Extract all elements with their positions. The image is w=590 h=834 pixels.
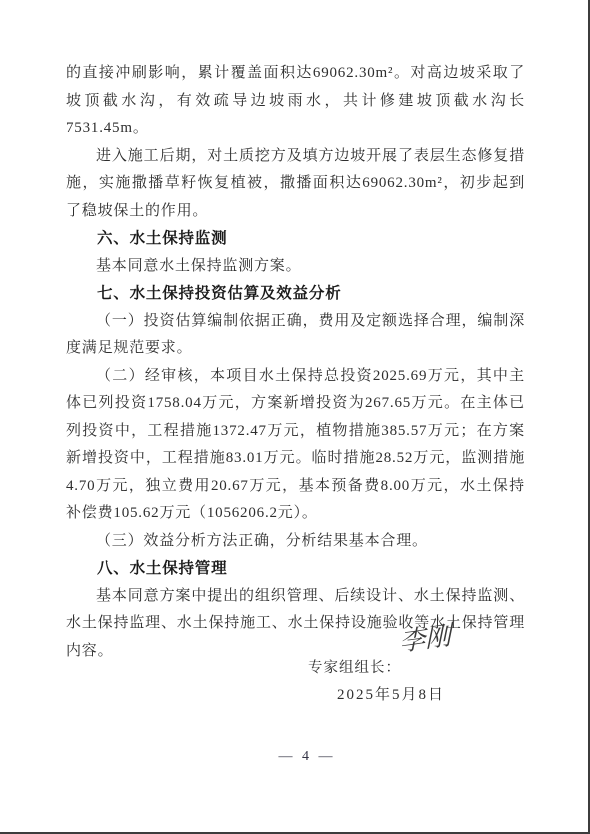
document-body: 的直接冲刷影响，累计覆盖面积达69062.30m²。对高边坡采取了坡顶截水沟，有… xyxy=(66,60,525,665)
paragraph-investment-1: （一）投资估算编制依据正确，费用及定额选择合理，编制深度满足规范要求。 xyxy=(66,308,525,363)
paragraph-continuation: 的直接冲刷影响，累计覆盖面积达69062.30m²。对高边坡采取了坡顶截水沟，有… xyxy=(66,60,525,143)
page-number: — 4 — xyxy=(13,749,590,765)
document-page: 的直接冲刷影响，累计覆盖面积达69062.30m²。对高边坡采取了坡顶截水沟，有… xyxy=(0,0,590,834)
section-heading-7-investment: 七、水土保持投资估算及效益分析 xyxy=(66,280,525,308)
section-heading-6-monitoring: 六、水土保持监测 xyxy=(66,225,525,253)
section-heading-8-management: 八、水土保持管理 xyxy=(66,555,525,583)
paragraph-investment-2: （二）经审核，本项目水土保持总投资2025.69万元，其中主体已列投资1758.… xyxy=(66,363,525,528)
paragraph-management: 基本同意方案中提出的组织管理、后续设计、水土保持监测、水土保持监理、水土保持施工… xyxy=(66,583,525,666)
paragraph-monitoring: 基本同意水土保持监测方案。 xyxy=(66,253,525,281)
paragraph-investment-3: （三）效益分析方法正确，分析结果基本合理。 xyxy=(66,528,525,556)
handwritten-signature: 李刚 xyxy=(399,615,452,659)
paragraph-restoration: 进入施工后期，对土质挖方及填方边坡开展了表层生态修复措施，实施撒播草籽恢复植被，… xyxy=(66,143,525,226)
signature-date: 2025年5月8日 xyxy=(337,683,445,704)
signature-label: 专家组组长： xyxy=(308,656,401,677)
